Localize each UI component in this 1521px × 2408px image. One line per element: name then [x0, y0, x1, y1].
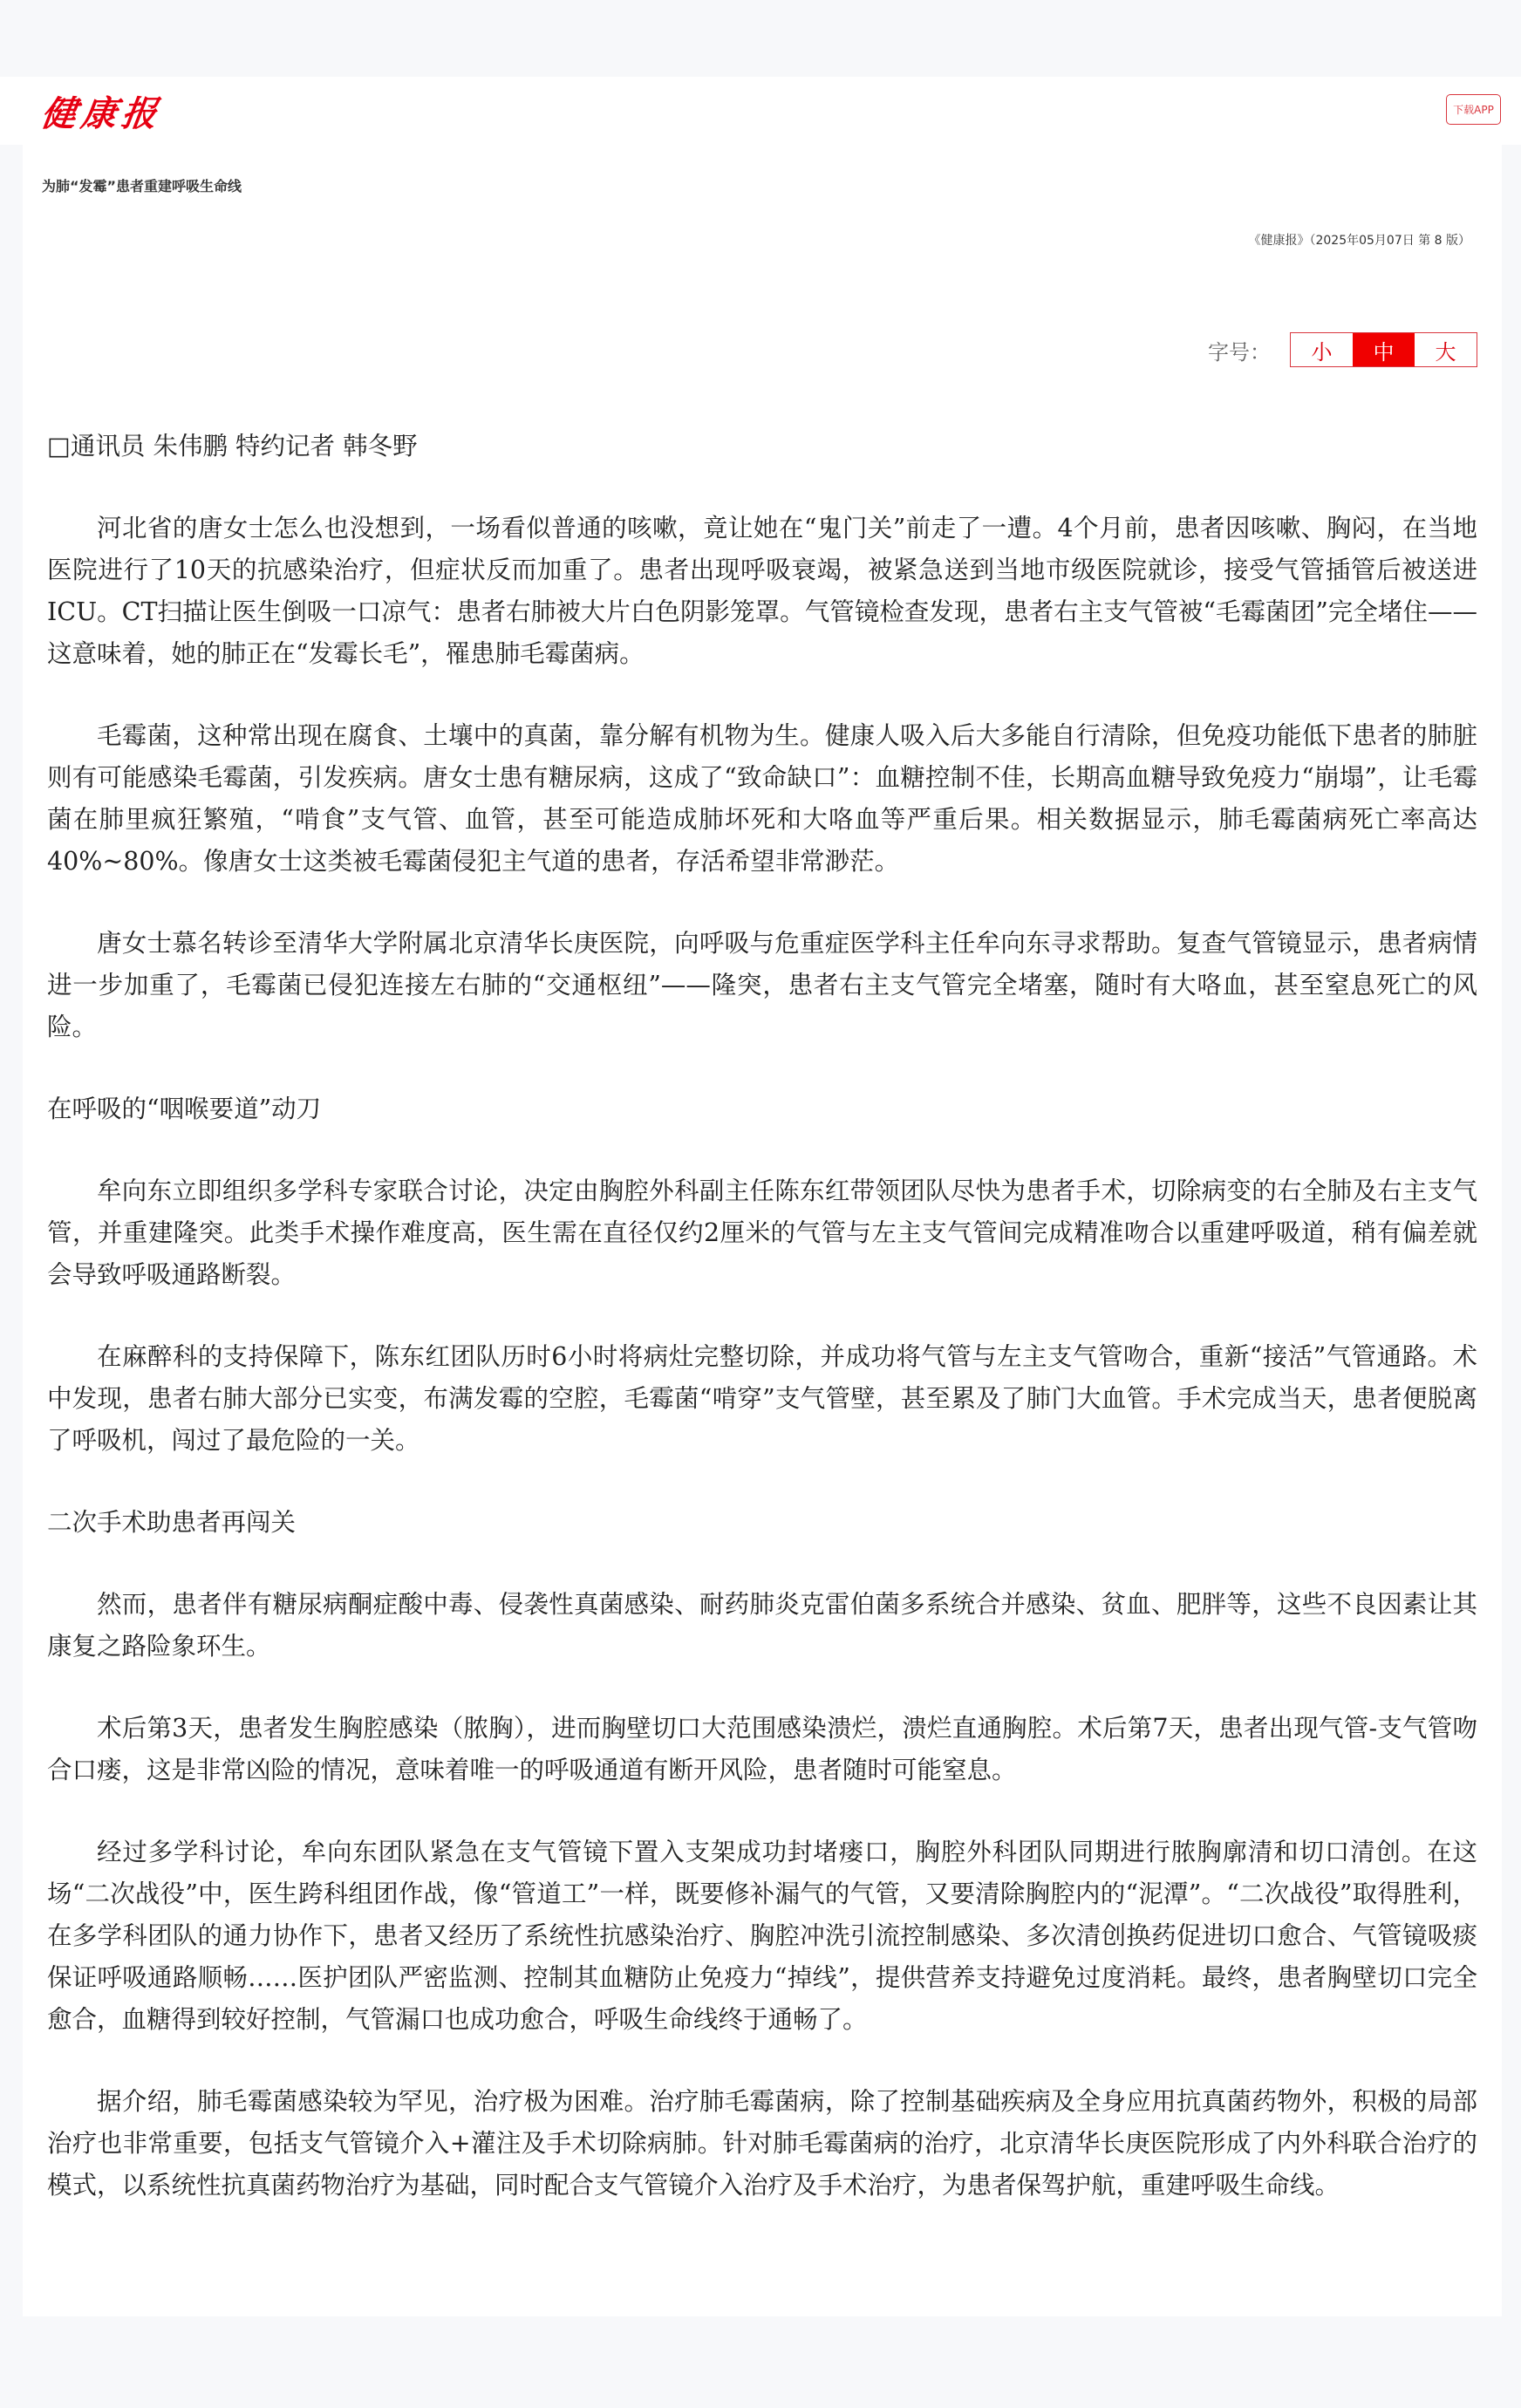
paragraph: 经过多学科讨论，牟向东团队紧急在支气管镜下置入支架成功封堵瘘口，胸腔外科团队同期…: [47, 1832, 1477, 2041]
font-size-small-button[interactable]: 小: [1291, 333, 1353, 366]
paragraph: 唐女士慕名转诊至清华大学附属北京清华长庚医院，向呼吸与危重症医学科主任牟向东寻求…: [47, 923, 1477, 1048]
paragraph: 毛霉菌，这种常出现在腐食、土壤中的真菌，靠分解有机物为生。健康人吸入后大多能自行…: [47, 715, 1477, 883]
download-app-button[interactable]: 下载APP: [1446, 94, 1501, 125]
font-size-control: 字号： 小 中 大: [1208, 332, 1477, 367]
paragraph: 牟向东立即组织多学科专家联合讨论，决定由胸腔外科副主任陈东红带领团队尽快为患者手…: [47, 1170, 1477, 1296]
paragraph: 据介绍，肺毛霉菌感染较为罕见，治疗极为困难。治疗肺毛霉菌病，除了控制基础疾病及全…: [47, 2081, 1477, 2207]
logo[interactable]: 健康报: [39, 91, 165, 131]
article-panel: 为肺“发霉”患者重建呼吸生命线 《健康报》（2025年05月07日 第 8 版）…: [23, 145, 1502, 2316]
font-size-medium-button[interactable]: 中: [1353, 333, 1415, 366]
font-size-large-button[interactable]: 大: [1415, 333, 1477, 366]
section-subheading: 在呼吸的“咽喉要道”动刀: [47, 1088, 1477, 1130]
font-size-options: 小 中 大: [1290, 332, 1477, 367]
page-title: 为肺“发霉”患者重建呼吸生命线: [42, 175, 242, 195]
font-size-label: 字号：: [1208, 335, 1271, 365]
byline: □通讯员 朱伟鹏 特约记者 韩冬野: [47, 426, 1477, 467]
paragraph: 术后第3天，患者发生胸腔感染（脓胸），进而胸壁切口大范围感染溃烂，溃烂直通胸腔。…: [47, 1708, 1477, 1791]
paragraph: 然而，患者伴有糖尿病酮症酸中毒、侵袭性真菌感染、耐药肺炎克雷伯菌多系统合并感染、…: [47, 1584, 1477, 1668]
top-band: [0, 0, 1521, 77]
article-body: □通讯员 朱伟鹏 特约记者 韩冬野 河北省的唐女士怎么也没想到，一场看似普通的咳…: [47, 426, 1477, 2247]
paragraph: 河北省的唐女士怎么也没想到，一场看似普通的咳嗽，竟让她在“鬼门关”前走了一遭。4…: [47, 508, 1477, 675]
article-source: 《健康报》（2025年05月07日 第 8 版）: [1248, 231, 1470, 249]
section-subheading: 二次手术助患者再闯关: [47, 1502, 1477, 1544]
paragraph: 在麻醉科的支持保障下，陈东红团队历时6小时将病灶完整切除，并成功将气管与左主支气…: [47, 1336, 1477, 1462]
site-header: 健康报 下载APP: [0, 77, 1521, 145]
